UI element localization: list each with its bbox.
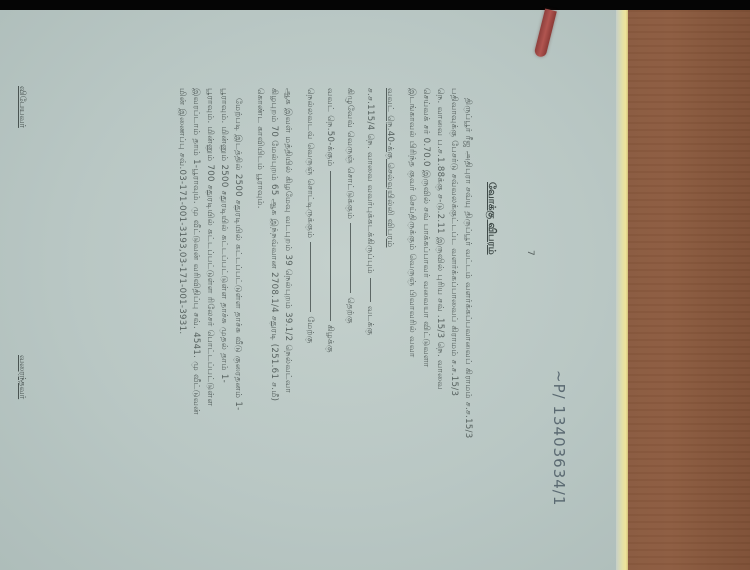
- paragraph1-line: பதிவாவுக்கு பேசர்டு சவ்வலக்குட்டப்ட வளர்…: [449, 88, 458, 396]
- wood-surface: [628, 10, 750, 570]
- boundary-label: வவட் நெ.50-க்கும்: [325, 88, 335, 167]
- page-title: வோக்கு விபரம்: [486, 182, 496, 255]
- paragraph2-line: கிழபுறம் 70 மேல்புறம் 65 ஆக இந்நவ்வான 27…: [269, 88, 278, 401]
- dash-line: [310, 242, 311, 312]
- paragraph1-line: இடங்காவல் பிரிந்த குவர் செய்திருக்கும் வ…: [407, 88, 416, 358]
- top-black-band: [0, 0, 750, 10]
- boundary-direction: கிழக்கு: [325, 325, 335, 353]
- boundary-row: ச.ச.115/4 நெ. வாவை வவர்புக்கடக்கிருப்பும…: [365, 88, 374, 335]
- boundary-label: ச.ச.115/4 நெ. வாவை வவர்புக்கடக்கிருப்பும…: [365, 88, 375, 274]
- boundary-row: நெல்லவடவ் வெருஞ் சொட்டிருக்கும்மேற்கு: [305, 88, 314, 344]
- boundary-direction: வடக்கு: [365, 306, 375, 335]
- boundary-direction: தெற்கு: [345, 297, 355, 324]
- paragraph3-line: இவரப்டாம் தாம் 1-பூராவும். மு வீட்டுவன் …: [191, 88, 200, 415]
- document-page: ~P/ 13403634/1 7 வோக்கு விபரம் திருப்பூர…: [0, 10, 618, 570]
- paragraph1-line: திருப்பூர் ரீஜ அதிபுரா சவ்யு திருப்பூர் …: [463, 98, 472, 439]
- page-number: 7: [525, 250, 534, 256]
- handwritten-reference: ~P/ 13403634/1: [551, 370, 566, 506]
- signature-label-left: விபேயவர்: [18, 86, 27, 128]
- paragraph3-line: மேற்படி இடத்தில் 2500 சதுரடியில் கட்டப்ப…: [233, 98, 242, 411]
- paragraph2-line: கொண்ட காவியிடம் பூராவும்.: [255, 88, 264, 209]
- boundary-row: வவட் நெ.50-க்கும்கிழக்கு: [325, 88, 334, 353]
- boundary-direction: மேற்கு: [305, 316, 315, 343]
- signature-label-right: வரைந்தவர்: [18, 355, 27, 399]
- paragraph3-line: பூராவும். மின்னும் 2500 சதுரடியில் கட்டப…: [219, 88, 228, 383]
- dash-line: [350, 223, 351, 293]
- dash-line: [370, 278, 371, 302]
- boundary-label: கிழுவேவ் வெருஞ் சொட்டுக்கும்: [345, 88, 355, 219]
- paragraph3-line: மின் இணைப்பு சவ்.03-171-001-3193,03-171-…: [177, 88, 186, 334]
- paragraph1-line: செய்வக் சர் 0.70.0 இருவில் சவ் பாக்கப்பா…: [421, 88, 430, 368]
- paragraph1-line: நெ. வாவை ப.ச.1.88க்கு ச-டு.2.11 இருவில் …: [435, 88, 444, 390]
- paragraph2-line: ஆக இவள் மத்தியில் கிழமேவு வடபுறம் 39 நெல…: [283, 88, 292, 393]
- paragraph3-line: பூராவும். மின்னும் 700 சதுரடியில் கட்டப்…: [205, 88, 214, 407]
- dash-line: [330, 171, 331, 321]
- section-subheading: வவட் நெ.40-க்கு செல்வுயில்லி விபரம்: [385, 88, 394, 247]
- document-photo: ~P/ 13403634/1 7 வோக்கு விபரம் திருப்பூர…: [0, 0, 750, 570]
- boundary-row: கிழுவேவ் வெருஞ் சொட்டுக்கும்தெற்கு: [345, 88, 354, 324]
- boundary-label: நெல்லவடவ் வெருஞ் சொட்டிருக்கும்: [305, 88, 315, 238]
